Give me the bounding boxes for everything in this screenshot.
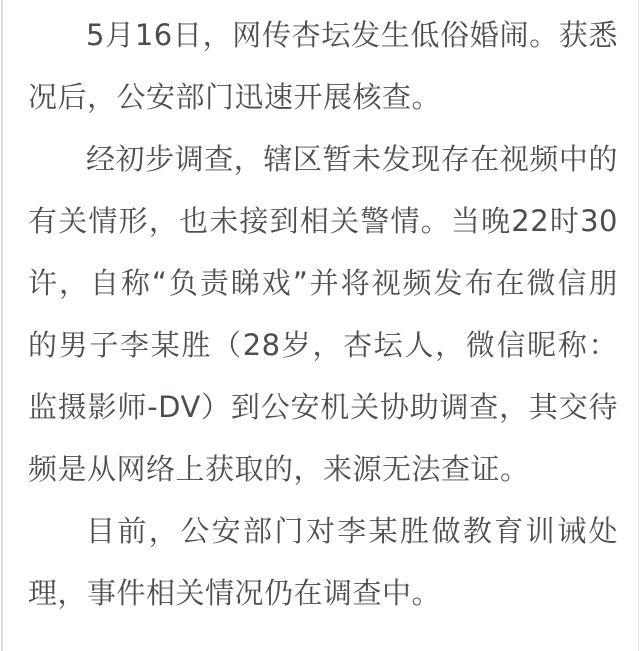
right-edge-hairline — [638, 0, 639, 651]
article-line: 有关情形，也未接到相关警情。当晚22时30分 — [28, 190, 618, 252]
article-line: 许，自称“负责睇戏”并将视频发布在微信朋友圈 — [28, 252, 618, 314]
article-page: 5月16日，网传杏坛发生低俗婚闹。获悉情 况后，公安部门迅速开展核查。 经初步调… — [0, 0, 640, 651]
article-line: 理，事件相关情况仍在调查中。 — [28, 562, 618, 624]
paragraph: 5月16日，网传杏坛发生低俗婚闹。获悉情 况后，公安部门迅速开展核查。 — [28, 4, 618, 128]
left-edge-hairline — [1, 0, 3, 651]
article-line: 目前，公安部门对李某胜做教育训诫处 — [28, 500, 618, 562]
article-body: 5月16日，网传杏坛发生低俗婚闹。获悉情 况后，公安部门迅速开展核查。 经初步调… — [28, 4, 618, 624]
article-line: 5月16日，网传杏坛发生低俗婚闹。获悉情 — [28, 4, 618, 66]
paragraph: 经初步调查，辖区暂未发现存在视频中的 有关情形，也未接到相关警情。当晚22时30… — [28, 128, 618, 500]
paragraph: 目前，公安部门对李某胜做教育训诫处 理，事件相关情况仍在调查中。 — [28, 500, 618, 624]
article-line: 频是从网络上获取的，来源无法查证。 — [28, 438, 618, 500]
article-line: 监摄影师-DV）到公安机关协助调查，其交待视 — [28, 376, 618, 438]
article-line: 经初步调查，辖区暂未发现存在视频中的 — [28, 128, 618, 190]
article-line: 况后，公安部门迅速开展核查。 — [28, 66, 618, 128]
article-line: 的男子李某胜（28岁，杏坛人，微信昵称：总 — [28, 314, 618, 376]
